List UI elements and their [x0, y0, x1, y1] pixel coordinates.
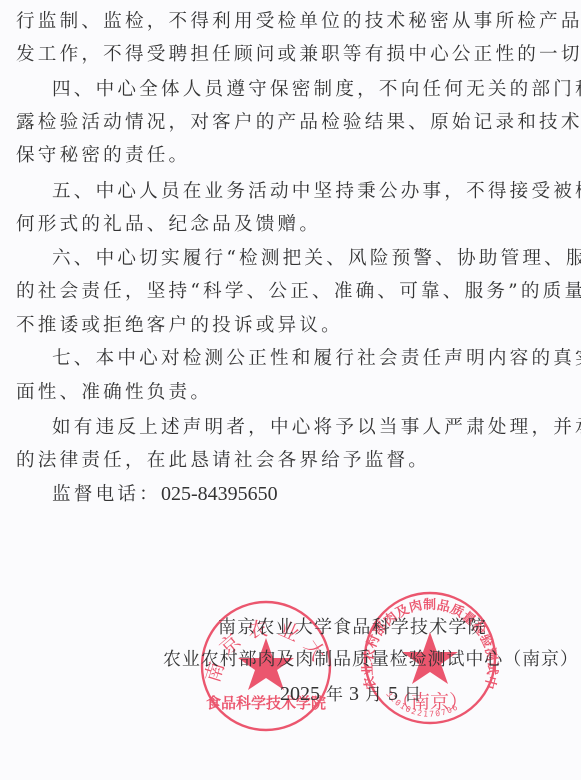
- body-line: 的法律责任，在此恳请社会各界给予监督。: [16, 450, 556, 472]
- date-day-unit: 日: [404, 685, 421, 705]
- date-year-unit: 年: [326, 685, 343, 705]
- body-line: 的社会责任，坚持“科学、公正、准确、可靠、服务”的质量方针，: [16, 281, 556, 303]
- violation-paragraph: 如有违反上述声明者，中心将予以当事人严肃处理，并承担相应: [52, 417, 581, 439]
- college-name: 南京农业大学食品科学技术学院: [218, 617, 487, 639]
- body-line: 何形式的礼品、纪念品及馈赠。: [16, 214, 556, 236]
- body-line: 行监制、监检，不得利用受检单位的技术秘密从事所检产品的经济开: [16, 11, 556, 33]
- body-line: 保守秘密的责任。: [16, 145, 556, 167]
- supervision-phone: 监督电话：025-84395650: [52, 483, 581, 505]
- body-line: 发工作，不得受聘担任顾问或兼职等有损中心公正性的一切活动。: [16, 44, 556, 66]
- date-month-unit: 月: [365, 685, 382, 705]
- document-page: 行监制、监检，不得利用受检单位的技术秘密从事所检产品的经济开 发工作，不得受聘担…: [0, 0, 581, 780]
- phone-number[interactable]: 025-84395650: [161, 483, 278, 505]
- signature-date: 2025年3月5日: [280, 683, 427, 706]
- testing-center-name: 农业农村部肉及肉制品质量检验测试中心（南京）: [163, 649, 579, 671]
- body-line: 露检验活动情况，对客户的产品检验结果、原始记录和技术资料负有: [16, 112, 556, 134]
- body-line: 面性、准确性负责。: [16, 382, 556, 404]
- paragraph-six: 六、中心切实履行“检测把关、风险预警、协助管理、服务社会”: [52, 248, 581, 270]
- paragraph-five: 五、中心人员在业务活动中坚持秉公办事，不得接受被检单位任: [52, 181, 581, 203]
- paragraph-four: 四、中心全体人员遵守保密制度，不向任何无关的部门和人员泄: [52, 79, 581, 101]
- phone-label: 监督电话：: [52, 484, 161, 505]
- date-day: 5: [388, 683, 398, 705]
- date-year: 2025: [280, 683, 320, 705]
- paragraph-seven: 七、本中心对检测公正性和履行社会责任声明内容的真实性、全: [52, 348, 581, 370]
- date-month: 3: [349, 683, 359, 705]
- body-line: 不推诿或拒绝客户的投诉或异议。: [16, 315, 556, 337]
